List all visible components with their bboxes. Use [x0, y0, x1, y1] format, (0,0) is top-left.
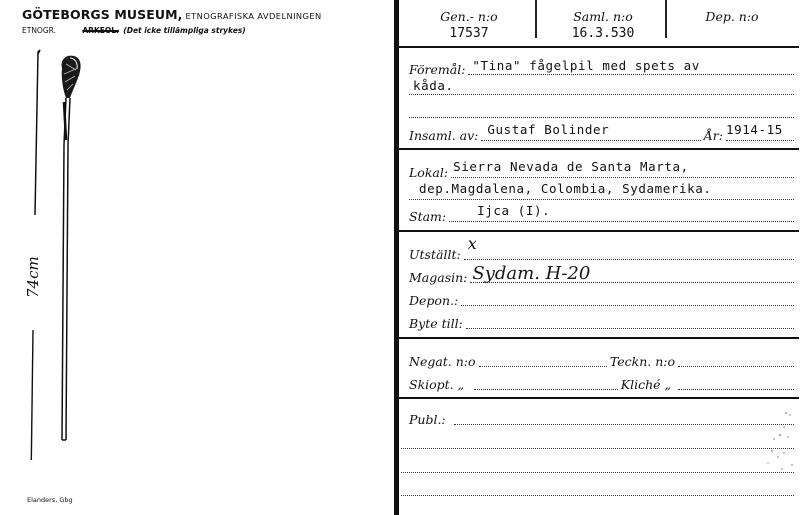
lokal-field[interactable]: Sierra Nevada de Santa Marta,	[451, 161, 794, 178]
printer-imprint: Elanders, Gbg	[27, 496, 73, 504]
museum-header: GÖTEBORGS MUSEUM,ETNOGRAFISKA AVDELNINGE…	[22, 7, 322, 22]
publ-field[interactable]	[454, 408, 794, 425]
kliche-field[interactable]	[678, 373, 794, 390]
stam-row: Stam: Ijca (I).	[409, 205, 794, 225]
foremal-row: Föremål: "Tina" fågelpil med spets av	[409, 58, 794, 78]
publ-row-2	[401, 432, 794, 452]
utstallt-field[interactable]: x	[464, 243, 794, 260]
insamlad-row: Insaml. av: Gustaf Bolinder År: 1914-15	[409, 124, 794, 144]
department-name: ETNOGRAFISKA AVDELNINGEN	[186, 11, 322, 21]
magasin-row: Magasin: Sydam. H-20	[409, 266, 794, 286]
utstallt-row: Utställt: x	[409, 243, 794, 263]
section-line: ETNOGR. ARKEOL. (Det icke tillämpliga st…	[22, 26, 246, 35]
arrow-sketch-illustration: 74cm	[0, 40, 130, 460]
magasin-field[interactable]: Sydam. H-20	[470, 266, 794, 283]
publ-label: Publ.:	[409, 412, 446, 428]
section-rule	[399, 337, 799, 339]
lokal-field-2[interactable]: dep.Magdalena, Colombia, Sydamerika.	[409, 183, 794, 200]
publ-row: Publ.:	[409, 408, 794, 428]
magasin-value: Sydam. H-20	[472, 263, 590, 284]
insamlad-field[interactable]: Gustaf Bolinder	[481, 124, 700, 141]
stamp-smudge	[744, 405, 802, 485]
publ-row-3	[401, 456, 794, 476]
magasin-label: Magasin:	[409, 270, 467, 286]
skiopt-field[interactable]	[474, 373, 618, 390]
stam-field[interactable]: Ijca (I).	[449, 205, 794, 222]
utstallt-value: x	[468, 234, 477, 253]
depon-row: Depon.:	[409, 289, 794, 309]
section-rule	[399, 148, 799, 150]
museum-name: GÖTEBORGS MUSEUM,	[22, 7, 183, 22]
byte-till-label: Byte till:	[409, 316, 463, 332]
dep-no-field: Dep. n:o	[667, 0, 797, 36]
publ-field-4[interactable]	[401, 479, 794, 496]
gen-no-field: Gen.- n:o 17537	[399, 0, 539, 36]
negat-row: Negat. n:o Teckn. n:o	[409, 350, 794, 370]
catalog-card: Gen.- n:o 17537 Saml. n:o 16.3.530 Dep. …	[399, 0, 802, 515]
gen-no-label: Gen.- n:o	[399, 9, 539, 24]
foremal-value-line2: kåda.	[413, 78, 454, 93]
skiopt-label: Skiopt. „	[409, 377, 464, 393]
depon-label: Depon.:	[409, 293, 458, 309]
foremal-field-2[interactable]: kåda.	[409, 78, 794, 95]
section-rule	[399, 397, 799, 399]
publ-row-4	[401, 479, 794, 499]
saml-no-value[interactable]: 16.3.530	[536, 26, 670, 41]
kliche-label: Kliché „	[618, 377, 674, 393]
struck-section-label: ARKEOL.	[82, 26, 119, 35]
foremal-value-line1: "Tina" fågelpil med spets av	[472, 58, 700, 73]
saml-no-field: Saml. n:o 16.3.530	[536, 0, 670, 36]
utstallt-label: Utställt:	[409, 247, 461, 263]
teckn-label: Teckn. n:o	[607, 354, 678, 370]
gen-no-value[interactable]: 17537	[399, 26, 539, 41]
measurement-note: 74cm	[24, 256, 42, 298]
year-field[interactable]: 1914-15	[726, 124, 794, 141]
foremal-field-3[interactable]	[409, 101, 794, 118]
foremal-field[interactable]: "Tina" fågelpil med spets av	[468, 58, 794, 75]
lokal-value-line2: dep.Magdalena, Colombia, Sydamerika.	[419, 181, 712, 196]
skiopt-row: Skiopt. „ Kliché „	[409, 373, 794, 393]
stam-label: Stam:	[409, 209, 446, 225]
publ-field-3[interactable]	[401, 456, 794, 473]
teckn-field[interactable]	[678, 350, 794, 367]
depon-field[interactable]	[461, 289, 794, 306]
dep-no-label: Dep. n:o	[667, 9, 797, 24]
insamlad-value: Gustaf Bolinder	[487, 122, 609, 137]
saml-no-label: Saml. n:o	[536, 9, 670, 24]
foremal-row-3	[409, 101, 794, 121]
stam-value: Ijca (I).	[477, 203, 550, 218]
byte-till-field[interactable]	[466, 312, 794, 329]
insamlad-label: Insaml. av:	[409, 128, 478, 144]
lokal-row: Lokal: Sierra Nevada de Santa Marta,	[409, 161, 794, 181]
lokal-label: Lokal:	[409, 165, 448, 181]
negat-field[interactable]	[479, 350, 607, 367]
byte-row: Byte till:	[409, 312, 794, 332]
foremal-row-2: kåda.	[409, 78, 794, 98]
section-rule	[399, 46, 799, 48]
year-label: År:	[701, 128, 726, 144]
lokal-row-2: dep.Magdalena, Colombia, Sydamerika.	[409, 183, 794, 203]
lokal-value-line1: Sierra Nevada de Santa Marta,	[453, 159, 689, 174]
publ-field-2[interactable]	[401, 432, 794, 449]
negat-label: Negat. n:o	[409, 354, 476, 370]
year-value: 1914-15	[726, 122, 783, 137]
foremal-label: Föremål:	[409, 62, 465, 78]
section-label: ETNOGR.	[22, 26, 56, 35]
strike-note: (Det icke tillämpliga strykes)	[123, 26, 245, 35]
section-rule	[399, 230, 799, 232]
